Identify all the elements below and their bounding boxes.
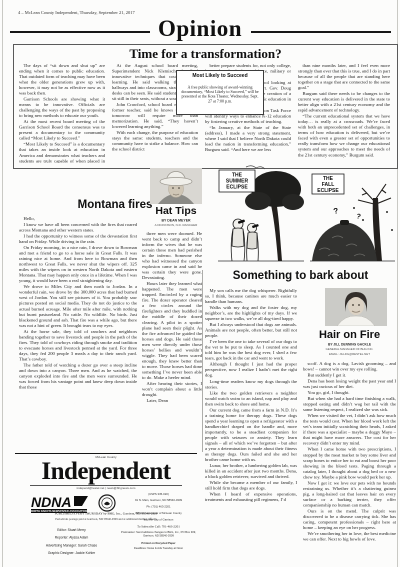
masthead-periodicals-line: Periodicals postage paid at Garrison, ND… [15,518,197,521]
paragraph: On Friday morning, in a nice rain, I dro… [19,245,137,284]
paragraph: “In January, at the State of the State (… [205,125,291,153]
hair-on-fire-column-2: scoff. A dog is a dog. Lavish grooming –… [303,361,396,551]
hair-on-fire-byline-role: GENERAL MANAGER OF BHG INC. [303,348,396,351]
article-transformation-column-4: than nine months later, and I feel even … [298,63,390,163]
hat-tips-byline-role: A DICKINSON, N.D. RANCHER [142,224,210,227]
paragraph: Hours later they learned what happened. … [142,281,202,380]
paragraph: than nine months later, and I feel even … [298,63,390,91]
paragraph: “The current educational system that we … [298,114,390,158]
paragraph: We drove to Miles City and then north to… [19,284,137,328]
cartoonist-signature [246,166,265,169]
newspaper-opinion-page: 4 – McLean County Independent, Thursday,… [0,0,400,567]
montana-fires-column-2: three men were doomed. He went back to c… [142,231,202,452]
paragraph: Our current dog came from a farm in N.D.… [205,407,297,462]
paragraph: “Most Likely to Succeed” is a documentar… [19,142,105,163]
paragraph: Later, Dean [142,398,202,404]
paragraph: Although I thought I just had the proper… [205,362,297,379]
svg-text:NDNA: NDNA [31,494,71,510]
masthead-deadlines-line: Deadlines: News & Ads Tuesday at Noon [120,547,197,550]
hair-on-fire-portrait-photo [325,288,387,326]
paragraph: When I came home with two prescriptions,… [303,447,396,480]
paragraph: Graphic Designer: Jackie Kohler [15,552,128,556]
masthead-published-line: PUBLISHED EVERY THURSDAY by BHG, Inc., G… [15,512,197,516]
paragraph: But I always understood that dogs are an… [205,322,297,339]
masthead-staff-block: Editor: Stuart MerryReporter: Alyssa Ada… [15,525,128,559]
svg-text:?: ? [333,206,340,216]
paragraph: Advertising Manager: Sarah Chase [15,544,128,548]
paragraph: At the horse sale, they told of ranchers… [19,329,137,362]
hair-on-fire-title: Hair on Fire [303,329,396,341]
hat-tips-title: Hat Tips [142,205,210,217]
editorial-cartoon: THE SUMMER ECLIPSE ? ? THE FALL ECLIPSE [216,164,397,268]
masthead-nameplate: Independent [15,458,197,486]
paragraph: 91 N. Main, Garrison, ND 58540-0309 [120,499,197,503]
masthead-postmaster-line: Postmaster: Send address changes to BHG,… [120,531,197,538]
paragraph: Hello, [19,216,137,222]
section-title: Opinion [0,16,400,42]
paragraph: (USPS 335-020) [120,493,197,497]
svg-text:?: ? [356,213,362,221]
most-likely-to-succeed-promo-box: Most Likely to Succeed A free public sho… [176,70,264,115]
paragraph: The days of “sit down and shut up” are e… [19,63,105,96]
bark-about-headline: Something to bark about [205,270,396,282]
paragraph: You go, girl, I thought. [303,390,396,396]
paragraph: While she became a member of our family,… [205,480,297,491]
hat-tips-byline: BY DEAN MEYER [142,219,210,223]
paragraph: Lunar, her brother, a lumbering golden l… [205,463,297,480]
paragraph: When we visited the vet, I didn’t ask ho… [303,413,396,446]
paragraph: Ours is on the mend. The culprit was dis… [303,508,396,530]
paragraph: I’ve been the one to take several of our… [205,339,297,361]
paragraph: three men were doomed. He went back to c… [142,231,202,281]
paragraph: Burgum said there needs to be changes to… [298,91,390,113]
promo-box-title: Most Likely to Succeed [179,73,261,79]
paragraph: Editor: Stuart Merry [15,528,128,532]
masthead-top-rule [15,453,197,454]
paragraph: After hearing their stories, I won’t com… [142,381,202,398]
hat-tips-portrait-photo [150,168,202,204]
paragraph: But suddenly I get it. [303,373,396,379]
masthead-recycled-line: Printed on Recycled Paper [120,542,197,545]
paragraph: We’re smothering her in love, the best m… [303,531,396,542]
paragraph: Now I get it: we love our pets with no b… [303,480,396,508]
hair-on-fire-byline-email: EMAIL: JILLDG@RESTEL.NET [303,353,396,356]
bark-about-column-1: My son calls me the dog whisperer. Right… [205,288,297,550]
paragraph: At the most recent board meeting of the … [19,119,105,141]
banner-rule-right [251,31,391,33]
hair-on-fire-byline: BY JILL DENNING GACKLE [303,343,396,347]
promo-box-body: A free public showing of award-winning d… [181,85,259,103]
paragraph: Like the two golden retrievers a neighbo… [205,390,297,407]
paragraph: scoff. A dog is a dog. Lavish grooming –… [303,361,396,372]
paragraph: But when she had a hard time finishing a… [303,396,396,413]
paragraph: I had the opportunity to witness some of… [19,234,137,245]
paragraph: Dena has been losing weight the past yea… [303,379,396,390]
association-seal-stamp [98,494,116,512]
paragraph: With each change, the purpose of educati… [112,130,198,152]
paragraph: Ph: (701) 463-2201 [120,506,197,510]
svg-text:ECLIPSE: ECLIPSE [226,185,248,191]
montana-fires-column-1: Hello,I know we have all been concerned … [19,216,137,452]
folio-line: 4 – McLean County Independent, Thursday,… [18,10,318,15]
article-transformation-column-1: The days of “sit down and shut up” are e… [19,63,105,163]
paragraph: I know we have all been concerned with t… [19,222,137,233]
paragraph: When I heard of expensive operations, tr… [205,492,297,503]
article-transformation-headline: Time for a transformation? [14,46,397,62]
svg-text:ECLIPSE: ECLIPSE [317,188,339,194]
paragraph: Walks with my dog and the foster dog, my… [205,305,297,322]
masthead-name-rule [30,485,182,486]
masthead-subscribe-line: To Subscribe Call: 701-463-2201 [120,525,197,529]
paragraph: The father told of watching a dozer go o… [19,362,137,390]
banner-rule-left [10,31,150,33]
paragraph: My son calls me the dog whisperer. Right… [205,288,297,305]
paragraph: Reporter: Alyssa Adam [15,536,128,540]
paragraph: Garrison Schools are showing what it mea… [19,97,105,119]
page-left-edge [2,0,3,567]
column-divider [202,270,203,452]
paragraph: Long-time readers know my dogs through t… [205,379,297,390]
